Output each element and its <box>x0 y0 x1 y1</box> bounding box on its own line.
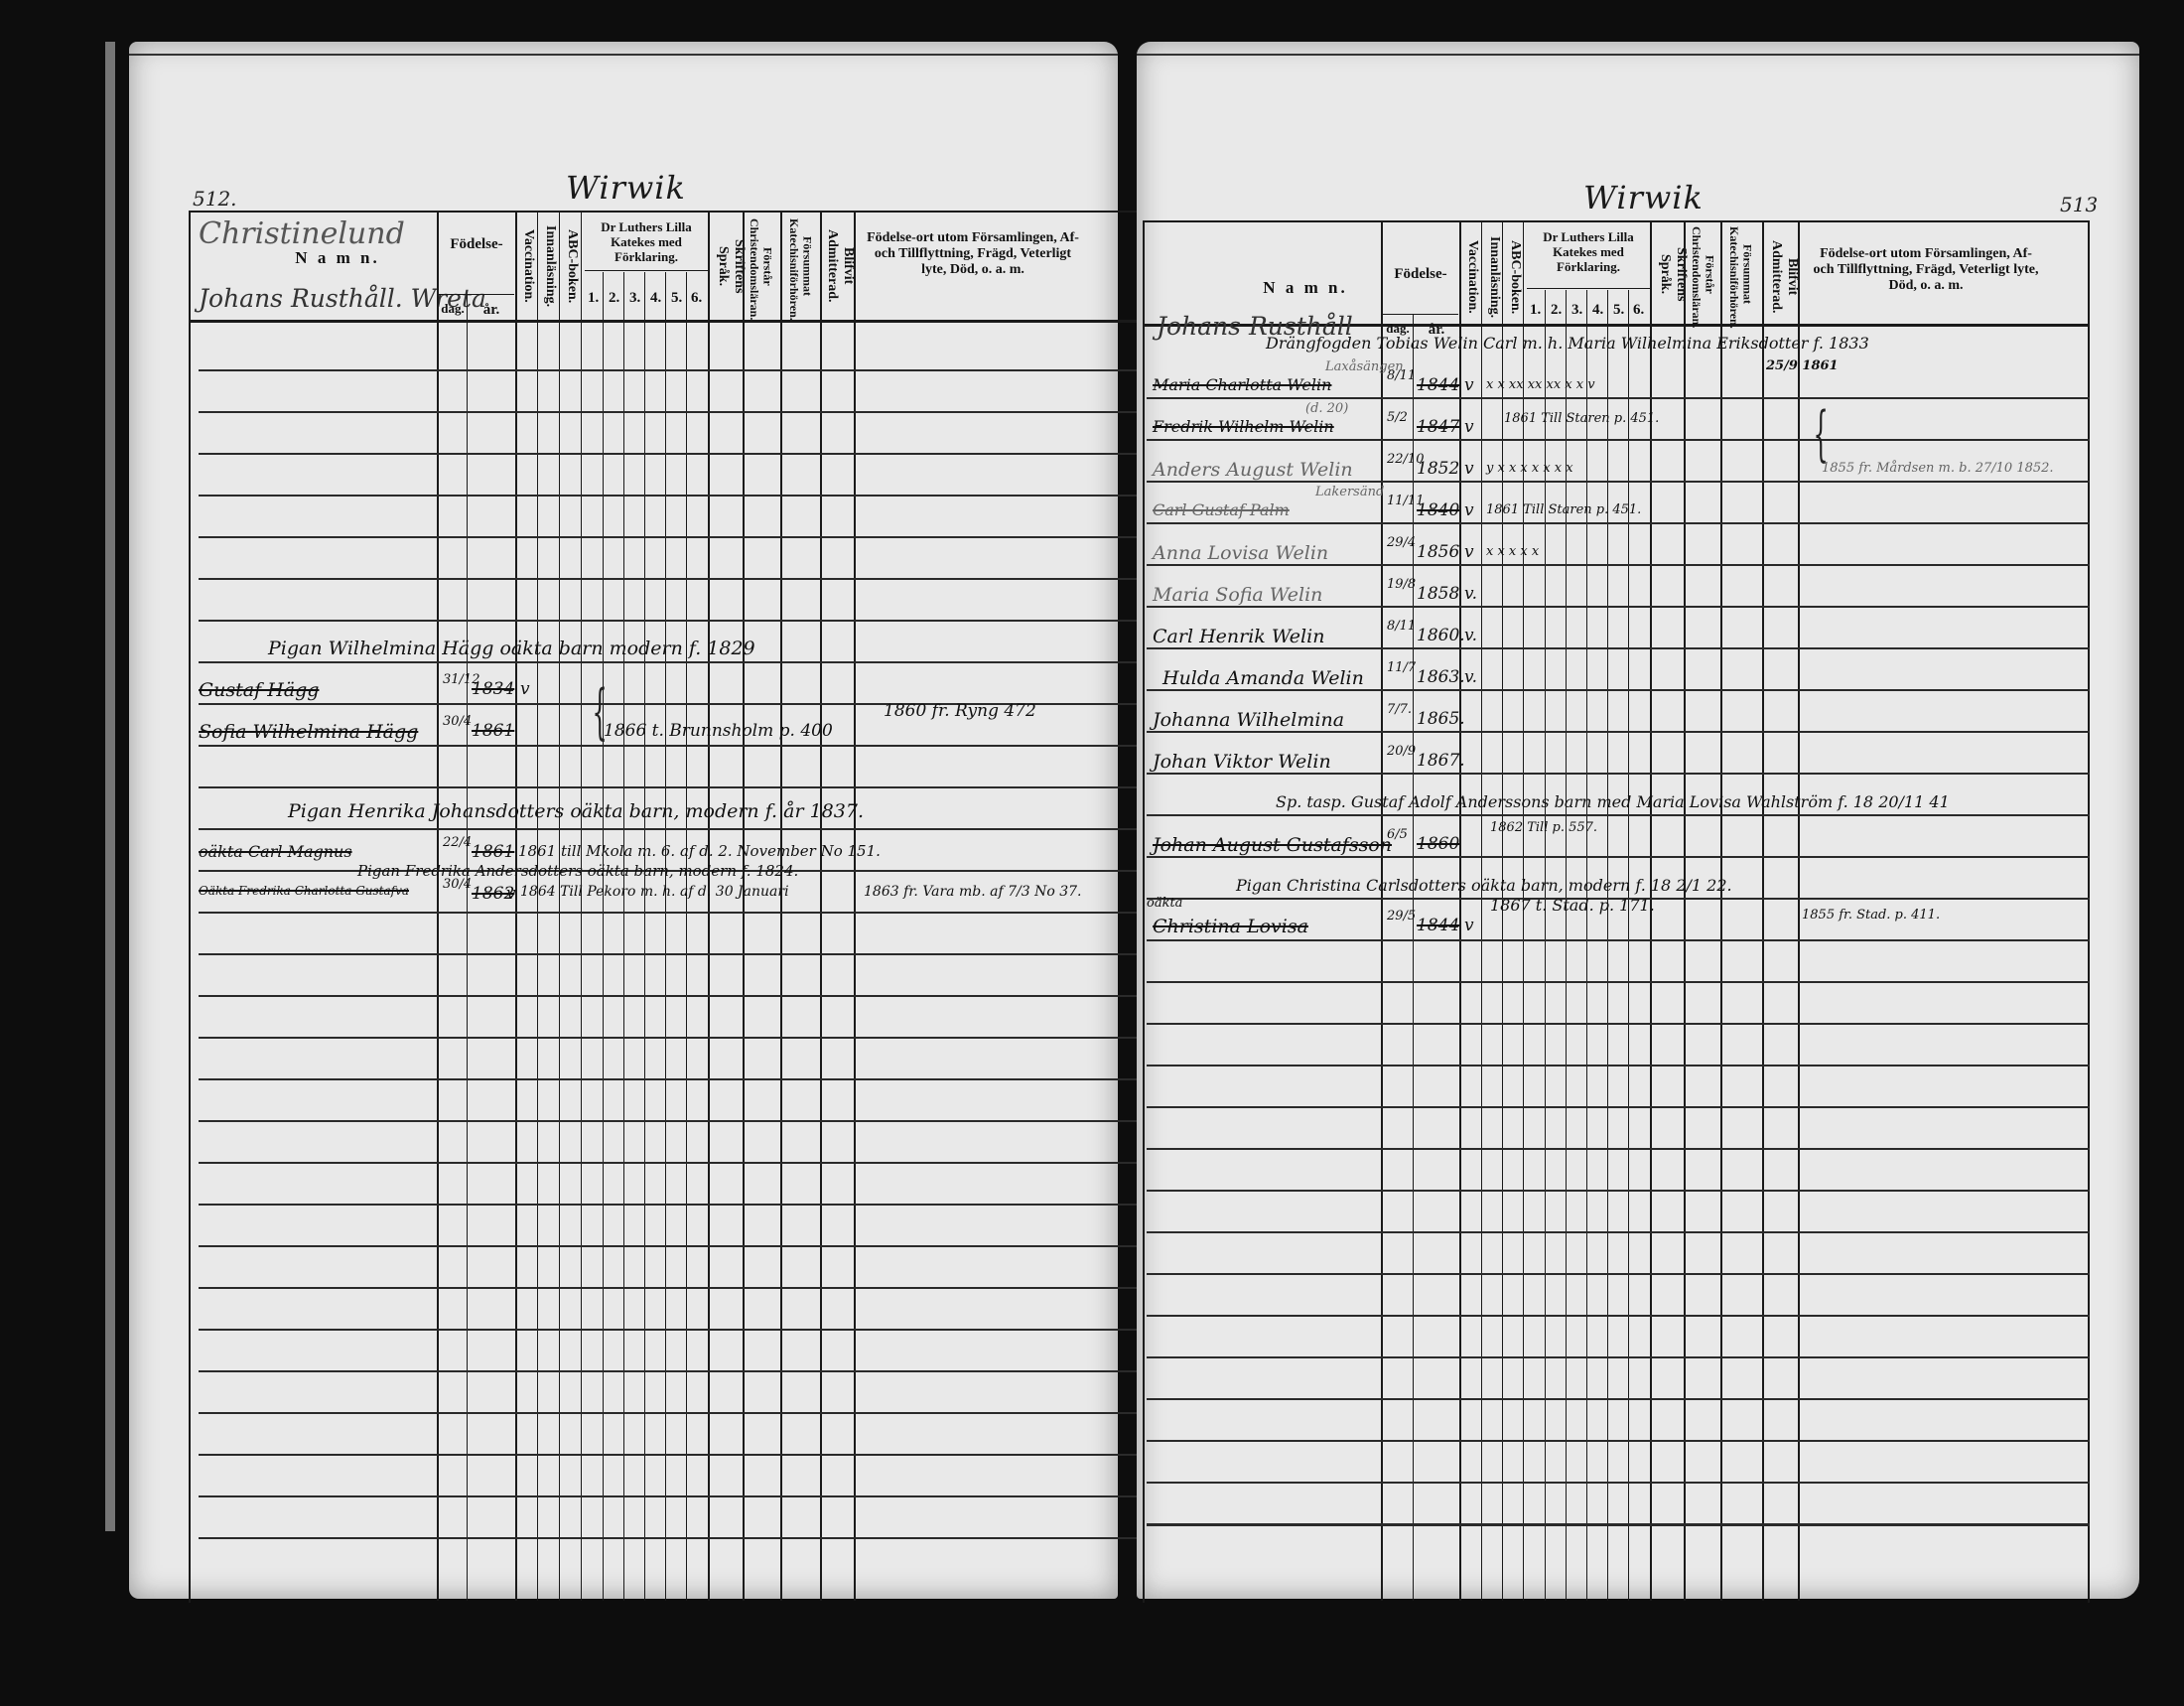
row-rule <box>199 953 1191 955</box>
entry-vaccination: v <box>1464 916 1474 935</box>
row-rule <box>199 1287 1191 1289</box>
entry-name: Carl Henrik Welin <box>1153 626 1324 647</box>
col-line <box>623 272 624 1601</box>
entry-name: Anna Lovisa Welin <box>1153 542 1328 564</box>
header-bottom-rule <box>189 320 1191 323</box>
entry-birth-year: 1834 <box>472 679 514 699</box>
entry-vaccination: v. <box>1464 584 1477 604</box>
header-katekes: Dr Luthers Lilla Katekes med Förklaring. <box>585 220 708 265</box>
col-line <box>1628 290 1629 1601</box>
header-forsummat: Försummat Katechisniförhören. <box>786 218 814 314</box>
row-rule <box>1147 1065 2090 1066</box>
col-line <box>665 272 666 1601</box>
entry-birth-year: 1844 <box>1417 375 1459 395</box>
row-rule <box>199 1204 1191 1206</box>
col-line <box>1684 220 1686 1601</box>
entry-vaccination: v <box>1464 417 1474 437</box>
header-forsummat: Försummat Katechisniförhören. <box>1726 226 1754 322</box>
col-line <box>644 272 645 1601</box>
page-edges <box>105 42 115 1531</box>
entry-birth-year: 1844 <box>1417 916 1459 935</box>
entry-remarks: 1855 fr. Mårdsen m. b. 27/10 1852. <box>1822 461 2054 476</box>
col-line <box>1607 290 1608 1601</box>
col-line <box>854 211 856 1601</box>
col-line <box>515 211 517 1601</box>
col-line <box>1381 220 1383 1601</box>
row-rule <box>199 661 1191 663</box>
entry-birth-day: 6/5 <box>1387 828 1408 841</box>
entry-name: oäkta Carl Magnus <box>199 842 352 861</box>
col-line <box>437 211 439 1601</box>
entry-marks: x x xx xx xx x x v <box>1486 377 1595 392</box>
page-number-left: 512. <box>193 187 237 211</box>
col-line <box>603 272 604 1601</box>
row-rule <box>199 1412 1191 1414</box>
header-vaccination: Vaccination. <box>1464 232 1480 322</box>
entry-birth-year: 1861 <box>472 842 514 862</box>
header-kat-2: 2. <box>1551 302 1562 319</box>
row-rule <box>1147 1398 2090 1400</box>
header-vaccination: Vaccination. <box>520 218 536 314</box>
header-kat-5: 5. <box>1613 302 1624 319</box>
row-rule <box>1147 647 2090 649</box>
row-rule <box>1147 1356 2090 1358</box>
row-rule <box>199 453 1191 455</box>
row-rule <box>1147 689 2090 691</box>
entry-note: 1861 Till Staren p. 451. <box>1504 411 1659 426</box>
entry-birth-day: 5/2 <box>1387 411 1408 424</box>
family-heading: Pigan Christina Carlsdotters oäkta barn,… <box>1236 876 1732 895</box>
right-page: 513 Wirwik N a m n. Johans Rusthåll Föde… <box>1137 42 2139 1599</box>
entry-birth-year: 1858 <box>1417 584 1459 604</box>
row-rule <box>1147 1523 2090 1526</box>
header-fodelse: Födelse- <box>439 236 514 253</box>
row-rule <box>199 703 1191 705</box>
header-innanlasning: Innanläsning. <box>1486 232 1502 322</box>
entry-birth-day: 11/7 <box>1387 661 1416 674</box>
header-remarks: Födelse-ort utom Församlingen, Af- och T… <box>1812 246 2040 294</box>
row-rule <box>1147 522 2090 524</box>
entry-birth-day: 8/11 <box>1387 620 1416 633</box>
col-line <box>743 211 745 1601</box>
page-number-right: 513 <box>2060 193 2098 216</box>
entry-birth-year: 1840 <box>1417 500 1459 520</box>
header-fodelse: Födelse- <box>1383 266 1458 283</box>
entry-birth-year: 1856 <box>1417 542 1459 562</box>
header-innanlasning: Innanläsning. <box>542 218 558 314</box>
header-katekes: Dr Luthers Lilla Katekes med Förklaring. <box>1527 230 1650 275</box>
header-namn: N a m n. <box>278 248 397 268</box>
header-abc-boken: ABC-boken. <box>1507 232 1523 322</box>
entry-name: Hulda Amanda Welin <box>1162 667 1364 689</box>
family-heading: Pigan Wilhelmina Hägg oäkta barn modern … <box>268 638 755 659</box>
row-rule <box>1147 939 2090 941</box>
header-rule <box>439 294 514 295</box>
entry-birth-year: 1863. <box>1417 667 1465 687</box>
header-remarks: Födelse-ort utom Församlingen, Af- och T… <box>864 230 1082 278</box>
header-rule <box>1383 314 1458 315</box>
entry-name: Anders August Welin <box>1153 459 1353 481</box>
entry-name: Maria Charlotta Welin <box>1153 375 1331 394</box>
entry-birth-day: 22/4 <box>443 836 472 849</box>
family-heading: Pigan Henrika Johansdotters oäkta barn, … <box>288 800 864 822</box>
col-line <box>1459 220 1461 1601</box>
page-top-band <box>129 42 1118 56</box>
entry-birth-day: 20/9 <box>1387 745 1416 758</box>
entry-birth-day: 30/4 <box>443 878 472 891</box>
row-rule <box>1147 1106 2090 1108</box>
row-rule <box>199 1329 1191 1331</box>
village-heading: Christinelund <box>199 216 405 251</box>
row-rule <box>1147 1273 2090 1275</box>
entry-vaccination: v <box>1464 375 1474 395</box>
row-rule <box>199 369 1191 371</box>
row-rule <box>199 578 1191 580</box>
header-kat-5: 5. <box>671 290 682 307</box>
row-rule <box>199 1162 1191 1164</box>
entry-note: 1862 Till p. 557. <box>1490 820 1597 835</box>
col-line <box>686 272 687 1601</box>
entry-birth-year: 1865. <box>1417 709 1465 729</box>
entry-birth-year: 1860 <box>1417 834 1459 854</box>
header-kat-4: 4. <box>1592 302 1603 319</box>
entry-name: Carl Gustaf Palm <box>1153 500 1290 519</box>
entry-annotation: Lakersänd <box>1315 485 1384 499</box>
row-rule <box>1147 1482 2090 1484</box>
entry-vaccination: v <box>1464 542 1474 562</box>
row-rule <box>199 1537 1191 1539</box>
entry-name: Johan August Gustafsson <box>1153 834 1392 856</box>
family-heading: Pigan Fredrika Andersdotters oäkta barn,… <box>357 862 798 880</box>
row-rule <box>1147 481 2090 483</box>
header-kat-6: 6. <box>691 290 702 307</box>
col-line <box>537 211 538 1601</box>
row-rule <box>199 912 1191 914</box>
entry-vaccination: v. <box>1464 667 1477 687</box>
header-kat-4: 4. <box>650 290 661 307</box>
header-top-rule <box>189 211 1191 213</box>
entry-birth-day: 7/7. <box>1387 703 1412 716</box>
row-rule <box>199 828 1191 830</box>
row-rule <box>199 995 1191 997</box>
row-rule <box>1147 1148 2090 1150</box>
entry-annotation: (d. 20) <box>1305 401 1348 416</box>
row-rule <box>199 1495 1191 1497</box>
entry-note: 1861 till Mkola m. 6. af d. 2. November … <box>518 842 881 860</box>
header-namn: N a m n. <box>1246 278 1365 298</box>
row-rule <box>199 745 1191 747</box>
entry-vaccination: v <box>520 679 530 699</box>
entry-marks: y x x x x x x x <box>1486 461 1573 476</box>
col-line <box>820 211 822 1601</box>
col-line <box>1762 220 1764 1601</box>
entry-remarks: 1863 fr. Vara mb. af 7/3 No 37. <box>864 884 1081 900</box>
entry-vaccination: v <box>506 884 516 904</box>
row-rule <box>199 536 1191 538</box>
entry-prefix: oäkta <box>1147 896 1182 911</box>
entry-vaccination: v <box>1464 459 1474 479</box>
row-rule <box>199 495 1191 497</box>
row-rule <box>1147 1440 2090 1442</box>
header-kat-1: 1. <box>588 290 599 307</box>
entry-birth-day: 19/8 <box>1387 578 1416 591</box>
row-rule <box>199 1120 1191 1122</box>
header-dag: dag. <box>439 302 467 317</box>
row-rule <box>1147 856 2090 858</box>
col-line <box>780 211 782 1601</box>
entry-birth-day: 29/4 <box>1387 536 1416 549</box>
family-heading: Drängfogden Tobias Welin Carl m. h. Mari… <box>1266 334 1869 353</box>
entry-birth-year: 1852 <box>1417 459 1459 479</box>
entry-name: Maria Sofia Welin <box>1153 584 1322 606</box>
entry-name: Oäkta Fredrika Charlotta Gustafva <box>199 884 409 898</box>
header-forstar: Förstår Christendomsläran. <box>1689 226 1716 322</box>
header-kat-1: 1. <box>1530 302 1541 319</box>
col-line <box>1481 220 1482 1601</box>
col-line <box>581 211 582 1601</box>
row-rule <box>199 1454 1191 1456</box>
entry-name: Sofia Wilhelmina Hägg <box>199 721 418 743</box>
entry-vaccination: v <box>1464 500 1474 520</box>
header-abc-boken: ABC-boken. <box>564 218 580 314</box>
header-kat-3: 3. <box>629 290 640 307</box>
entry-remarks: 1855 fr. Stad. p. 411. <box>1802 908 1940 923</box>
entry-name: Fredrik Wilhelm Welin <box>1153 417 1334 436</box>
entry-birth-day: 29/5 <box>1387 910 1416 923</box>
header-rule <box>585 270 708 271</box>
row-rule <box>199 620 1191 622</box>
row-rule <box>1147 1315 2090 1317</box>
row-rule <box>199 786 1191 788</box>
left-page: 512. Wirwik Christinelund N a m n. Johan… <box>129 42 1118 1599</box>
header-kat-6: 6. <box>1633 302 1644 319</box>
col-line <box>1545 290 1546 1601</box>
entry-note: 1867 t. Stad. p. 171. <box>1490 896 1655 915</box>
row-rule <box>1147 439 2090 441</box>
entry-birth-year: 1847 <box>1417 417 1459 437</box>
bracket: { <box>1813 399 1828 469</box>
col-line <box>1566 290 1567 1601</box>
entry-name: Johan Viktor Welin <box>1153 751 1331 773</box>
entry-remarks: 1860 fr. Ryng 472 <box>884 701 1036 721</box>
row-rule <box>1147 981 2090 983</box>
header-kat-2: 2. <box>609 290 619 307</box>
row-rule <box>1147 1231 2090 1233</box>
header-admitterad: Blifvit Admitterad. <box>824 218 856 314</box>
col-line <box>1720 220 1722 1601</box>
family-heading: Sp. tasp. Gustaf Adolf Anderssons barn m… <box>1276 792 1950 811</box>
row-rule <box>1147 1190 2090 1192</box>
entry-vaccination: v. <box>1464 626 1477 645</box>
entry-name: Johanna Wilhelmina <box>1153 709 1344 731</box>
header-rule <box>1527 288 1650 289</box>
row-rule <box>1147 606 2090 608</box>
row-rule <box>1147 814 2090 816</box>
row-rule <box>199 1078 1191 1080</box>
col-line <box>467 294 468 1601</box>
row-rule <box>1147 731 2090 733</box>
entry-admitterad: 25/9 1861 <box>1766 359 1839 372</box>
entry-birth-year: 1860. <box>1417 626 1465 645</box>
entry-note: 1866 t. Brunnsholm p. 400 <box>604 721 833 741</box>
row-rule <box>1147 397 2090 399</box>
entry-name: Christina Lovisa <box>1153 916 1308 937</box>
col-line <box>1798 220 1800 1601</box>
row-rule <box>199 411 1191 413</box>
header-ar: år. <box>469 302 514 319</box>
col-line <box>708 211 710 1601</box>
col-line <box>1586 290 1587 1601</box>
row-rule <box>199 1037 1191 1039</box>
entry-marks: x x x x x <box>1486 544 1539 559</box>
row-rule <box>1147 1023 2090 1025</box>
parish-title-left: Wirwik <box>566 169 686 207</box>
header-admitterad: Blifvit Admitterad. <box>1768 232 1800 322</box>
header-kat-3: 3. <box>1571 302 1582 319</box>
parish-title-right: Wirwik <box>1583 179 1704 216</box>
entry-note: 1864 Till Pekoro m. h. af d. 30 Januari <box>520 884 789 900</box>
header-forstar: Förstår Christendomsläran. <box>747 218 774 314</box>
row-rule <box>1147 773 2090 775</box>
entry-birth-day: 30/4 <box>443 715 472 728</box>
row-rule <box>199 1245 1191 1247</box>
entry-name: Gustaf Hägg <box>199 679 319 701</box>
entry-birth-year: 1867. <box>1417 751 1465 771</box>
entry-note: 1861 Till Staren p. 451. <box>1486 502 1641 517</box>
row-rule <box>199 1370 1191 1372</box>
entry-birth-year: 1861 <box>472 721 514 741</box>
page-top-band <box>1137 42 2139 56</box>
table-frame-left <box>189 211 1193 1603</box>
col-line <box>559 211 560 1601</box>
entry-birth-day: 8/11 <box>1387 369 1416 382</box>
row-rule <box>1147 564 2090 566</box>
